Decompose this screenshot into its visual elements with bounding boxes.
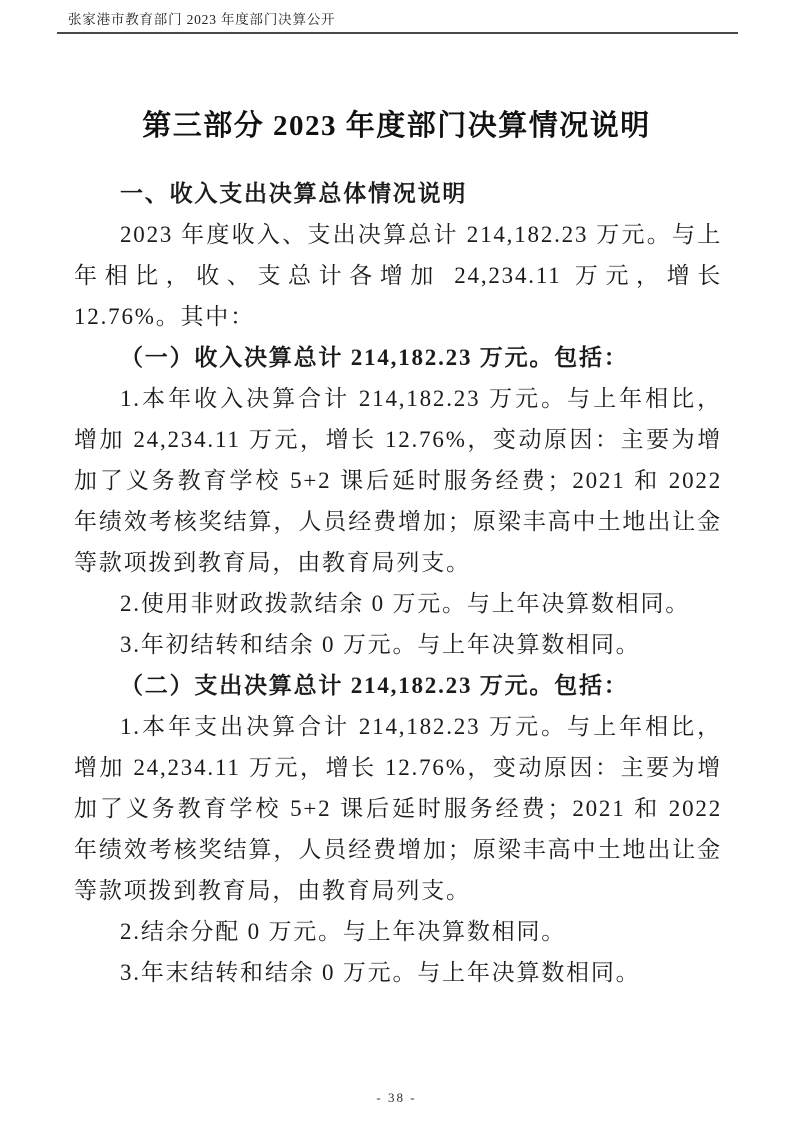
document-page: 张家港市教育部门 2023 年度部门决算公开 第三部分 2023 年度部门决算情… — [0, 0, 793, 1122]
document-body: 一、收入支出决算总体情况说明 2023 年度收入、支出决算总计 214,182.… — [74, 173, 722, 993]
document-title: 第三部分 2023 年度部门决算情况说明 — [0, 103, 793, 144]
page-number: - 38 - — [376, 1090, 416, 1105]
paragraph-expenditure-3: 3.年末结转和结余 0 万元。与上年决算数相同。 — [74, 952, 722, 993]
subsection-heading-expenditure: （二）支出决算总计 214,182.23 万元。包括： — [74, 665, 722, 706]
page-header: 张家港市教育部门 2023 年度部门决算公开 — [57, 8, 738, 34]
page-footer: - 38 - — [0, 1090, 793, 1106]
paragraph-income-1: 1.本年收入决算合计 214,182.23 万元。与上年相比，增加 24,234… — [74, 378, 722, 583]
section-heading-overview: 一、收入支出决算总体情况说明 — [74, 173, 722, 214]
paragraph-income-3: 3.年初结转和结余 0 万元。与上年决算数相同。 — [74, 624, 722, 665]
paragraph-overview: 2023 年度收入、支出决算总计 214,182.23 万元。与上年相比，收、支… — [74, 214, 722, 337]
paragraph-expenditure-1: 1.本年支出决算合计 214,182.23 万元。与上年相比，增加 24,234… — [74, 706, 722, 911]
subsection-heading-income: （一）收入决算总计 214,182.23 万元。包括： — [74, 337, 722, 378]
paragraph-income-2: 2.使用非财政拨款结余 0 万元。与上年决算数相同。 — [74, 583, 722, 624]
paragraph-expenditure-2: 2.结余分配 0 万元。与上年决算数相同。 — [74, 911, 722, 952]
header-title: 张家港市教育部门 2023 年度部门决算公开 — [68, 12, 335, 27]
